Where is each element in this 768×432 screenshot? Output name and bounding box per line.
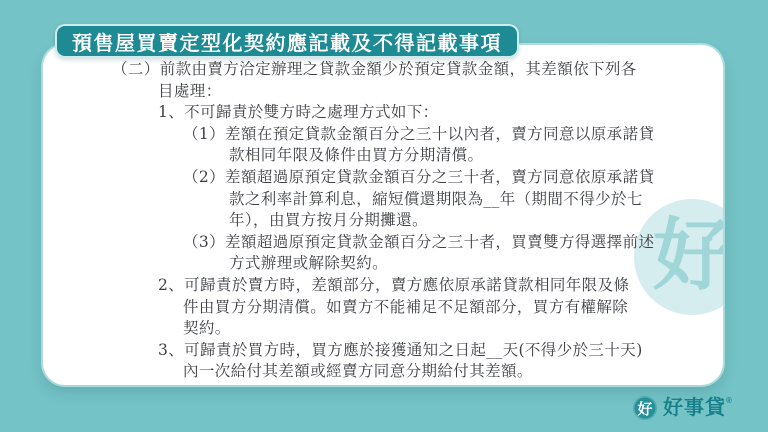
contract-text-block: （二）前款由賣方洽定辦理之貸款金額少於預定貸款金額，其差額依下列各 目處理： 1… xyxy=(112,59,702,383)
brand-icon-glyph: 好 xyxy=(637,398,652,419)
text-line: 目處理： xyxy=(158,81,702,103)
document-card: 好 （二）前款由賣方洽定辦理之貸款金額少於預定貸款金額，其差額依下列各 目處理：… xyxy=(43,45,723,385)
brand-name: 好事貸® xyxy=(663,396,733,420)
brand-name-text: 好事貸 xyxy=(663,397,726,419)
title-badge: 預售屋買賣定型化契約應記載及不得記載事項 xyxy=(55,24,519,58)
text-line: （1）差額在預定貸款金額百分之三十以內者，賣方同意以原承諾貸 xyxy=(183,124,702,146)
text-line: 件由買方分期清償。如賣方不能補足不足額部分，買方有權解除 xyxy=(183,297,702,319)
text-line: 契約。 xyxy=(183,318,702,340)
text-line: 3、可歸責於買方時，買方應於接獲通知之日起__天(不得少於三十天) xyxy=(158,340,702,362)
text-line: 年），由買方按月分期攤還。 xyxy=(229,210,702,232)
registered-mark: ® xyxy=(726,396,733,405)
text-line: 方式辦理或解除契約。 xyxy=(229,253,702,275)
text-line: 1、不可歸責於雙方時之處理方式如下： xyxy=(158,102,702,124)
text-line: （2）差額超過原預定貸款金額百分之三十者，賣方同意依原承諾貸 xyxy=(183,167,702,189)
text-line: 款之利率計算利息，縮短償還期限為__年（期間不得少於七 xyxy=(229,189,702,211)
text-line: 內一次給付其差額或經賣方同意分期給付其差額。 xyxy=(183,361,702,383)
infographic-background: 好 （二）前款由賣方洽定辦理之貸款金額少於預定貸款金額，其差額依下列各 目處理：… xyxy=(0,0,768,432)
text-line: （3）差額超過原預定貸款金額百分之三十者，買賣雙方得選擇前述 xyxy=(183,232,702,254)
brand-logo-icon: 好 xyxy=(633,396,657,420)
page-title: 預售屋買賣定型化契約應記載及不得記載事項 xyxy=(72,27,502,56)
brand-logo: 好 好事貸® xyxy=(633,396,733,420)
text-line: 2、可歸責於賣方時，差額部分，賣方應依原承諾貸款相同年限及條 xyxy=(158,275,702,297)
text-line: （二）前款由賣方洽定辦理之貸款金額少於預定貸款金額，其差額依下列各 xyxy=(112,59,702,81)
text-line: 款相同年限及條件由買方分期清償。 xyxy=(229,145,702,167)
